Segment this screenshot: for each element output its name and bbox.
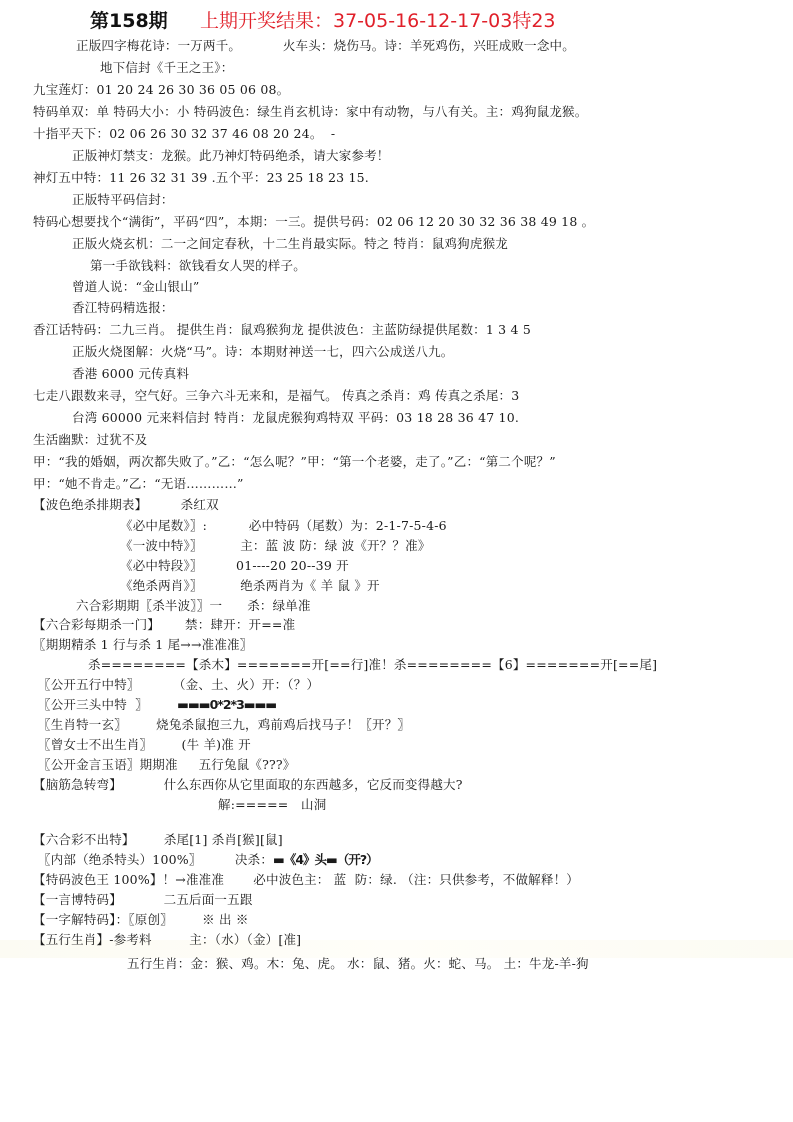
text-line: 七走八跟数来寻，空气好。三争六斗无来和，是福气。 传真之杀肖：鸡 传真之杀尾：3 <box>33 388 519 404</box>
line-text: 《必中特段》〗 01----20 20--39 开 <box>120 558 349 573</box>
text-line: 《一波中特》〗 主：蓝 波 防：绿 波《开？？准》 <box>120 538 431 554</box>
line-text: 香江话特码：二九三肖。 提供生肖：鼠鸡猴狗龙 提供波色：主蓝防绿提供尾数：1 3… <box>33 322 531 337</box>
line-text: 十指平天下：02 06 26 30 32 37 46 08 20 24。 - <box>33 126 335 141</box>
line-text: 正版神灯禁支：龙猴。此乃神灯特码绝杀，请大家参考！ <box>72 148 390 163</box>
line-text: 七走八跟数来寻，空气好。三争六斗无来和，是福气。 传真之杀肖：鸡 传真之杀尾：3 <box>33 388 519 403</box>
text-line: 特码心想要找个“满街”，平码“四”，本期：一三。提供号码：02 06 12 20… <box>33 214 594 230</box>
line-text: 正版火烧玄机：二一之间定春秋，十二生肖最实际。特之 特肖：鼠鸡狗虎猴龙 <box>72 236 508 251</box>
line-text: 正版火烧图解：火烧“马”。诗：本期财神送一七，四六公成送八九。 <box>72 344 453 359</box>
text-line: 【五行生肖】-参考料 主：（水）（金）[准] <box>33 932 301 948</box>
line-text: 《绝杀两肖》〗 绝杀两肖为《 羊 鼠 》开 <box>120 578 380 593</box>
line-text: 香江特码精选报： <box>72 300 174 315</box>
line-text: 【波色绝杀排期表】 杀红双 <box>33 497 219 512</box>
line-text: 特码单双：单 特码大小：小 特码波色：绿生肖玄机诗：家中有动物，与八有关。主：鸡… <box>33 104 587 119</box>
text-line: 【六合彩每期杀一门】 禁：肆开：开==准 <box>33 617 295 633</box>
text-line: 【一字解特码】：〖原创〗 ※ 出 ※ <box>33 912 249 928</box>
line-text: 正版四字梅花诗：一万两千。 火车头：烧伤马。诗：羊死鸡伤，兴旺成败一念中。 <box>76 38 575 53</box>
line-text: 〖生肖特一玄〗 烧兔杀鼠抱三九，鸡前鸡后找马子！〖开？〗 <box>38 717 410 732</box>
text-line: 特码单双：单 特码大小：小 特码波色：绿生肖玄机诗：家中有动物，与八有关。主：鸡… <box>33 104 587 120</box>
text-line: 《必中尾数》〗: 必中特码（尾数）为：2-1-7-5-4-6 <box>120 518 447 534</box>
text-line: 〖生肖特一玄〗 烧兔杀鼠抱三九，鸡前鸡后找马子！〖开？〗 <box>38 717 410 733</box>
text-line: 生活幽默：过犹不及 <box>33 432 147 448</box>
line-text: 〖内部（绝杀特头）100%〗 决杀： <box>38 852 273 867</box>
line-text: 〖公开三头中特 〗 <box>38 697 177 712</box>
last-draw-result: 上期开奖结果：37-05-16-12-17-03特23 <box>200 6 556 33</box>
text-line: 杀========【杀木】=======开[==行]准！杀========【6】… <box>88 657 657 673</box>
line-text: 神灯五中特：11 26 32 31 39 .五个平：23 25 18 23 15… <box>33 170 369 185</box>
line-text: 【五行生肖】-参考料 主：（水）（金）[准] <box>33 932 301 947</box>
text-line: 【波色绝杀排期表】 杀红双 <box>33 497 219 513</box>
text-line: 【一言博特码】 二五后面一五跟 <box>33 892 253 908</box>
line-text: 第一手欲钱料：欲钱看女人哭的样子。 <box>90 258 306 273</box>
text-line: 六合彩期期〖杀半波〗〗一 杀：绿单准 <box>76 598 311 614</box>
line-text: 【六合彩每期杀一门】 禁：肆开：开==准 <box>33 617 295 632</box>
line-text: 〖公开金言玉语〗期期准 五行兔鼠《???》 <box>38 757 295 772</box>
text-line: 〖公开五行中特〗 （金、土、火）开：（？） <box>38 677 319 693</box>
text-line: 正版神灯禁支：龙猴。此乃神灯特码绝杀，请大家参考！ <box>72 148 390 164</box>
text-line: 地下信封《千王之王》： <box>100 60 233 76</box>
line-text: 【一言博特码】 二五后面一五跟 <box>33 892 253 907</box>
line-text: 地下信封《千王之王》： <box>100 60 233 75</box>
text-line: 【六合彩不出特】 杀尾[1] 杀肖[猴][鼠] <box>33 832 283 848</box>
text-line: 台湾 60000 元来料信封 特肖：龙鼠虎猴狗鸡特双 平码：03 18 28 3… <box>72 410 519 426</box>
line-text: 正版特平码信封： <box>72 192 174 207</box>
line-text: 杀========【杀木】=======开[==行]准！杀========【6】… <box>88 657 657 672</box>
text-line: 香港 6000 元传真料 <box>72 366 189 382</box>
line-emphasis: ▬▬▬0*2*3▬▬▬ <box>177 697 276 712</box>
line-text: 【一字解特码】：〖原创〗 ※ 出 ※ <box>33 912 249 927</box>
text-line: 十指平天下：02 06 26 30 32 37 46 08 20 24。 - <box>33 126 335 142</box>
line-text: 〖公开五行中特〗 （金、土、火）开：（？） <box>38 677 319 692</box>
line-text: 〖期期精杀 1 行与杀 1 尾→→准准准〗 <box>33 637 252 652</box>
text-line: 正版火烧图解：火烧“马”。诗：本期财神送一七，四六公成送八九。 <box>72 344 453 360</box>
line-text: 九宝莲灯：01 20 24 26 30 36 05 06 08。 <box>33 82 289 97</box>
text-line: 九宝莲灯：01 20 24 26 30 36 05 06 08。 <box>33 82 289 98</box>
text-line: 《必中特段》〗 01----20 20--39 开 <box>120 558 349 574</box>
line-text: 解:===== 山洞 <box>218 797 326 812</box>
text-line: 〖公开金言玉语〗期期准 五行兔鼠《???》 <box>38 757 295 773</box>
text-line: 神灯五中特：11 26 32 31 39 .五个平：23 25 18 23 15… <box>33 170 369 186</box>
text-line: 甲：“我的婚姻，两次都失败了。”乙：“怎么呢？”甲：“第一个老婆，走了。”乙：“… <box>33 454 556 470</box>
line-text: 《一波中特》〗 主：蓝 波 防：绿 波《开？？准》 <box>120 538 431 553</box>
text-line: 香江特码精选报： <box>72 300 174 316</box>
text-line: 五行生肖：金：猴、鸡。木：兔、虎。 水：鼠、猪。火：蛇、马。 土：牛龙-羊-狗 <box>127 956 589 972</box>
text-line: 〖内部（绝杀特头）100%〗 决杀：▬《4》头▬（开?） <box>38 852 378 868</box>
text-line: 《绝杀两肖》〗 绝杀两肖为《 羊 鼠 》开 <box>120 578 380 594</box>
line-text: 六合彩期期〖杀半波〗〗一 杀：绿单准 <box>76 598 311 613</box>
line-emphasis: ▬《4》头▬（开?） <box>273 852 378 867</box>
line-text: 【特码波色王 100%】！→准准准 必中波色主： 蓝 防：绿. （注：只供参考，… <box>33 872 579 887</box>
line-text: 曾道人说：“金山银山” <box>72 279 199 294</box>
line-text: 台湾 60000 元来料信封 特肖：龙鼠虎猴狗鸡特双 平码：03 18 28 3… <box>72 410 519 425</box>
issue-number: 第158期 <box>90 6 168 33</box>
text-line: 〖期期精杀 1 行与杀 1 尾→→准准准〗 <box>33 637 252 653</box>
line-text: 《必中尾数》〗: 必中特码（尾数）为：2-1-7-5-4-6 <box>120 518 447 533</box>
line-text: 生活幽默：过犹不及 <box>33 432 147 447</box>
text-line: 正版火烧玄机：二一之间定春秋，十二生肖最实际。特之 特肖：鼠鸡狗虎猴龙 <box>72 236 508 252</box>
text-line: 〖公开三头中特 〗 ▬▬▬0*2*3▬▬▬ <box>38 697 276 713</box>
text-line: 〖曾女士不出生肖〗 (牛 羊)准 开 <box>38 737 251 753</box>
line-text: 【脑筋急转弯】 什么东西你从它里面取的东西越多，它反而变得越大? <box>33 777 463 792</box>
text-line: 甲：“她不肯走。”乙：“无语…………” <box>33 476 244 492</box>
line-text: 特码心想要找个“满街”，平码“四”，本期：一三。提供号码：02 06 12 20… <box>33 214 594 229</box>
line-text: 甲：“她不肯走。”乙：“无语…………” <box>33 476 244 491</box>
line-text: 五行生肖：金：猴、鸡。木：兔、虎。 水：鼠、猪。火：蛇、马。 土：牛龙-羊-狗 <box>127 956 589 971</box>
text-line: 解:===== 山洞 <box>218 797 326 813</box>
text-line: 第一手欲钱料：欲钱看女人哭的样子。 <box>90 258 306 274</box>
line-text: 【六合彩不出特】 杀尾[1] 杀肖[猴][鼠] <box>33 832 283 847</box>
line-text: 甲：“我的婚姻，两次都失败了。”乙：“怎么呢？”甲：“第一个老婆，走了。”乙：“… <box>33 454 556 469</box>
line-text: 香港 6000 元传真料 <box>72 366 189 381</box>
text-line: 【脑筋急转弯】 什么东西你从它里面取的东西越多，它反而变得越大? <box>33 777 463 793</box>
text-line: 正版特平码信封： <box>72 192 174 208</box>
line-text: 〖曾女士不出生肖〗 (牛 羊)准 开 <box>38 737 251 752</box>
text-line: 【特码波色王 100%】！→准准准 必中波色主： 蓝 防：绿. （注：只供参考，… <box>33 872 579 888</box>
text-line: 正版四字梅花诗：一万两千。 火车头：烧伤马。诗：羊死鸡伤，兴旺成败一念中。 <box>76 38 575 54</box>
text-line: 曾道人说：“金山银山” <box>72 279 199 295</box>
text-line: 香江话特码：二九三肖。 提供生肖：鼠鸡猴狗龙 提供波色：主蓝防绿提供尾数：1 3… <box>33 322 531 338</box>
